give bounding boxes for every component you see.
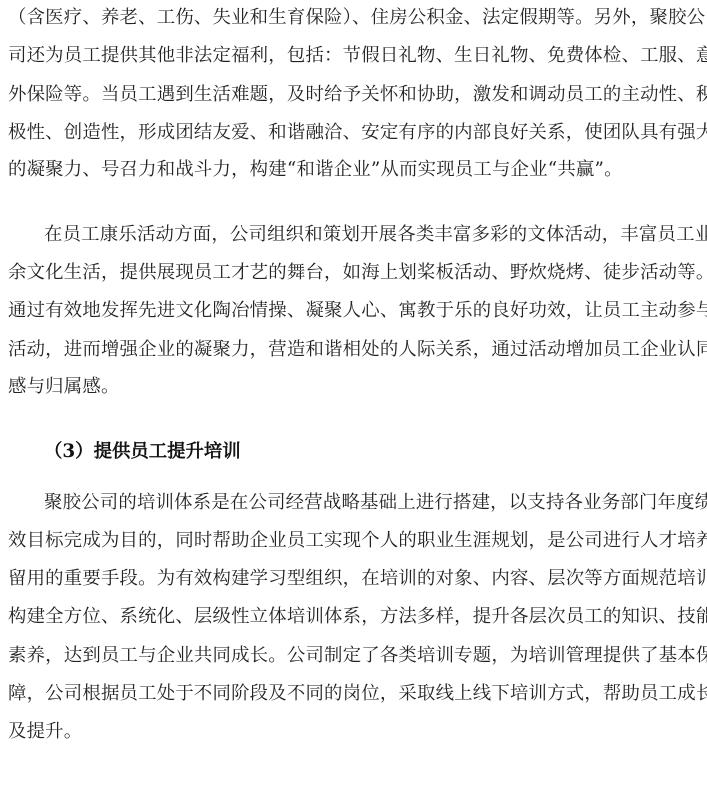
text-line: 的凝聚力、号召力和战斗力，构建“和谐企业”从而实现员工与企业“共赢”。 bbox=[8, 158, 700, 182]
text-line: 留用的重要手段。为有效构建学习型组织，在培训的对象、内容、层次等方面规范培训， bbox=[8, 567, 700, 591]
text-line: 及提升。 bbox=[8, 720, 700, 744]
section-heading: （3）提供员工提升培训 bbox=[44, 439, 241, 465]
text-line: 障，公司根据员工处于不同阶段及不同的岗位，采取线上线下培训方式，帮助员工成长 bbox=[8, 682, 700, 706]
text-line: 在员工康乐活动方面，公司组织和策划开展各类丰富多彩的文体活动，丰富员工业 bbox=[44, 223, 700, 247]
text-line: 聚胶公司的培训体系是在公司经营战略基础上进行搭建，以支持各业务部门年度绩 bbox=[44, 491, 700, 515]
text-line: 通过有效地发挥先进文化陶冶情操、凝聚人心、寓教于乐的良好功效，让员工主动参与 bbox=[8, 299, 700, 323]
document-page: （含医疗、养老、工伤、失业和生育保险）、住房公积金、法定假期等。另外，聚胶公 司… bbox=[0, 0, 707, 785]
text-line: 效目标完成为目的，同时帮助企业员工实现个人的职业生涯规划，是公司进行人才培养、 bbox=[8, 529, 700, 553]
text-line: 外保险等。当员工遇到生活难题，及时给予关怀和协助，激发和调动员工的主动性、积 bbox=[8, 83, 700, 107]
text-line: 感与归属感。 bbox=[8, 375, 700, 399]
text-line: 素养，达到员工与企业共同成长。公司制定了各类培训专题，为培训管理提供了基本保 bbox=[8, 644, 700, 668]
text-line: 极性、创造性，形成团结友爱、和谐融洽、安定有序的内部良好关系，使团队具有强大 bbox=[8, 121, 700, 145]
text-line: 司还为员工提供其他非法定福利，包括：节假日礼物、生日礼物、免费体检、工服、意 bbox=[8, 44, 700, 68]
text-line: 活动，进而增强企业的凝聚力，营造和谐相处的人际关系，通过活动增加员工企业认同 bbox=[8, 338, 700, 362]
text-line: （含医疗、养老、工伤、失业和生育保险）、住房公积金、法定假期等。另外，聚胶公 bbox=[8, 6, 700, 30]
text-line: 构建全方位、系统化、层级性立体培训体系，方法多样，提升各层次员工的知识、技能、 bbox=[8, 605, 700, 629]
text-line: 余文化生活，提供展现员工才艺的舞台，如海上划桨板活动、野炊烧烤、徒步活动等。 bbox=[8, 261, 700, 285]
